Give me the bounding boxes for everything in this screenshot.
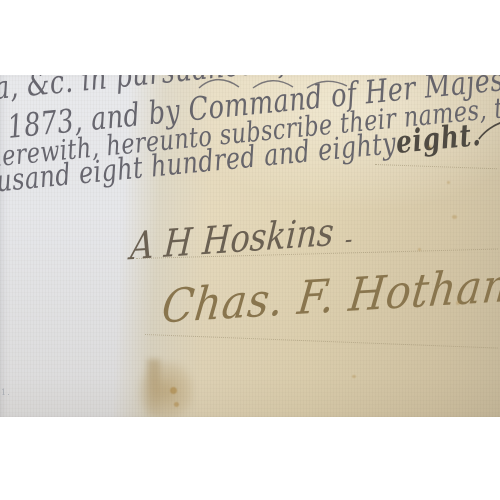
foxing-speck (170, 387, 177, 394)
signature-hoskins-dash: - (344, 225, 354, 256)
foxing-speck (447, 181, 450, 184)
signature-hoskins: A H Hoskins- (129, 211, 354, 268)
signature-hoskins-text: A H Hoskins (129, 210, 335, 269)
handwritten-word-eight: eight. (394, 117, 483, 161)
page-background: ia, &c. in pursuance of 1873, and by Com… (0, 0, 500, 500)
foxing-speck (352, 375, 356, 378)
foxing-speck (418, 248, 421, 251)
document-photograph: ia, &c. in pursuance of 1873, and by Com… (0, 75, 500, 417)
stain-streak (147, 359, 160, 417)
signature-hotham: Chas. F. Hotham (160, 261, 500, 329)
foxing-speck (174, 402, 179, 407)
foxing-speck (428, 145, 432, 149)
ruled-dotted-line (375, 164, 497, 169)
foxing-speck (452, 215, 457, 219)
foxing-speck (456, 301, 460, 305)
ruled-dotted-line (145, 334, 498, 349)
page-number-mark: 1. (1, 388, 11, 397)
